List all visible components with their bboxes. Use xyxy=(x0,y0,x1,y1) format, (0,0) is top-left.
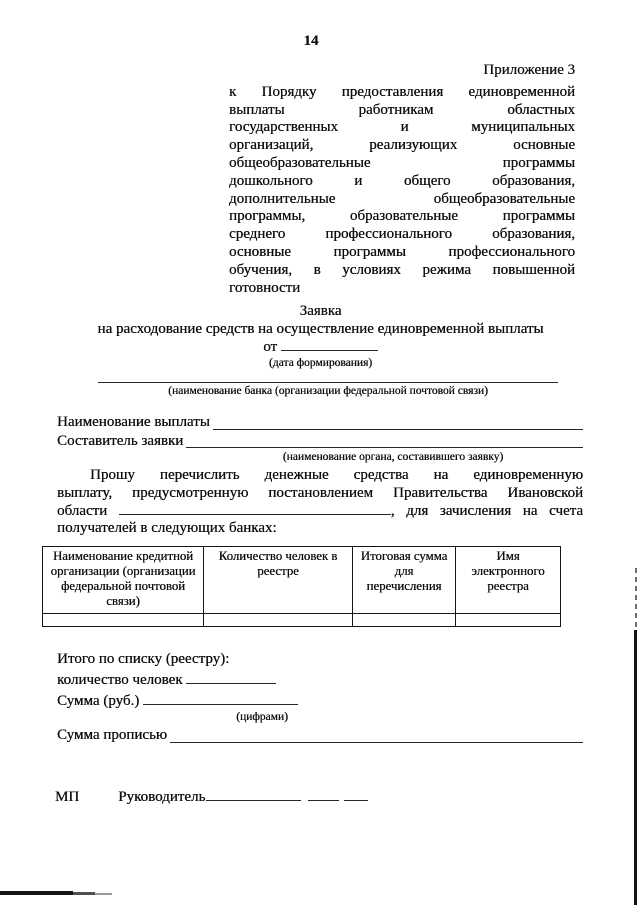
applicant-label: Составитель заявки xyxy=(57,433,183,451)
payment-name-label: Наименование выплаты xyxy=(57,414,210,432)
appendix-text: к Порядку предоставления единовременной … xyxy=(229,84,575,298)
appendix-text-line: дополнительные общеобразовательные xyxy=(229,191,575,209)
appendix-text-line: среднего профессионального образования, xyxy=(229,226,575,244)
table-empty-cell xyxy=(353,614,456,627)
document-title: Заявка xyxy=(57,303,584,321)
sum-blank xyxy=(143,702,298,705)
payment-name-blank xyxy=(213,429,583,430)
request-paragraph-line: получателей в следующих банках: xyxy=(57,520,583,538)
request-text-before-blank: области xyxy=(57,503,107,519)
request-paragraph-line: области , для зачисления на счета xyxy=(57,503,583,521)
head-signature-blank xyxy=(344,798,368,801)
scan-artifact-right-edge-line xyxy=(634,630,637,905)
bank-name-blank xyxy=(98,369,558,383)
table-header-credit-org: Наименование кредитной организации (орга… xyxy=(43,547,204,614)
table-empty-cell xyxy=(456,614,561,627)
appendix-text-line: выплаты работникам областных xyxy=(229,102,575,120)
applicant-row: Составитель заявки xyxy=(57,432,583,450)
date-field: от xyxy=(57,339,584,357)
sum-words-row: Сумма прописью xyxy=(57,727,583,745)
sum-words-label: Сумма прописью xyxy=(57,727,167,745)
people-count-label: количество человек xyxy=(57,672,183,688)
stamp-label: МП xyxy=(55,789,79,805)
scan-artifact-bottom-line xyxy=(95,893,112,895)
totals-heading: Итого по списку (реестру): xyxy=(57,651,583,672)
appendix-text-line: организаций, реализующих основные xyxy=(229,137,575,155)
head-signature-blank xyxy=(308,798,339,801)
date-from-label: от xyxy=(263,339,277,355)
form-fields: Наименование выплаты Составитель заявки … xyxy=(57,414,583,464)
scanned-document-page: 14 Приложение 3 к Порядку предоставления… xyxy=(0,0,640,905)
document-title-block: Заявка на расходование средств на осущес… xyxy=(57,303,584,370)
appendix-label: Приложение 3 xyxy=(229,62,575,80)
sum-words-blank xyxy=(170,742,583,743)
table-row xyxy=(43,614,561,627)
appendix-text-line: готовности xyxy=(229,280,575,298)
appendix-text-line: к Порядку предоставления единовременной xyxy=(229,84,575,102)
request-paragraph-line: Прошу перечислить денежные средства на е… xyxy=(57,467,583,485)
payment-name-row: Наименование выплаты xyxy=(57,414,583,432)
totals-block: Итого по списку (реестру): количество че… xyxy=(57,651,583,745)
people-count-blank xyxy=(186,681,276,684)
scan-artifact-bottom-line xyxy=(73,892,95,895)
appendix-block: Приложение 3 к Порядку предоставления ед… xyxy=(229,62,575,297)
sum-row: Сумма (руб.) xyxy=(57,693,583,711)
document-subtitle: на расходование средств на осуществление… xyxy=(57,321,584,339)
appendix-text-line: программы, образовательные программы xyxy=(229,208,575,226)
scan-artifact-right-edge-line xyxy=(635,568,637,630)
appendix-text-line: общеобразовательные программы xyxy=(229,155,575,173)
banks-table: Наименование кредитной организации (орга… xyxy=(42,546,561,627)
applicant-caption: (наименование органа, составившего заявк… xyxy=(262,451,524,464)
table-empty-cell xyxy=(43,614,204,627)
bank-caption: (наименование банка (организации федерал… xyxy=(98,385,558,398)
table-header-total-sum: Итоговая сумма для перечисления xyxy=(353,547,456,614)
appendix-text-line: государственных и муниципальных xyxy=(229,119,575,137)
signature-row: МПРуководитель xyxy=(55,789,585,807)
head-label: Руководитель xyxy=(118,789,205,807)
head-signature-blank xyxy=(206,798,301,801)
appendix-text-line: обучения, в условиях режима повышенной xyxy=(229,262,575,280)
appendix-text-line: основные программы профессионального xyxy=(229,244,575,262)
table-header-registry-name: Имя электронного реестра xyxy=(456,547,561,614)
date-blank xyxy=(281,348,378,351)
request-paragraph: Прошу перечислить денежные средства на е… xyxy=(57,467,583,538)
people-count-row: количество человек xyxy=(57,672,583,693)
request-text-after-blank: , для зачисления на счета xyxy=(391,503,583,519)
sum-digits-caption: (цифрами) xyxy=(187,711,337,726)
table-empty-cell xyxy=(204,614,353,627)
appendix-text-line: дошкольного и общего образования, xyxy=(229,173,575,191)
request-paragraph-line: выплату, предусмотренную постановлением … xyxy=(57,485,583,503)
page-number: 14 xyxy=(0,33,622,51)
sum-label: Сумма (руб.) xyxy=(57,693,139,709)
table-header-row: Наименование кредитной организации (орга… xyxy=(43,547,561,614)
resolution-blank xyxy=(119,512,391,515)
applicant-blank xyxy=(186,447,583,448)
scan-artifact-bottom-line xyxy=(0,891,73,895)
table-header-people-count: Количество человек в реестре xyxy=(204,547,353,614)
